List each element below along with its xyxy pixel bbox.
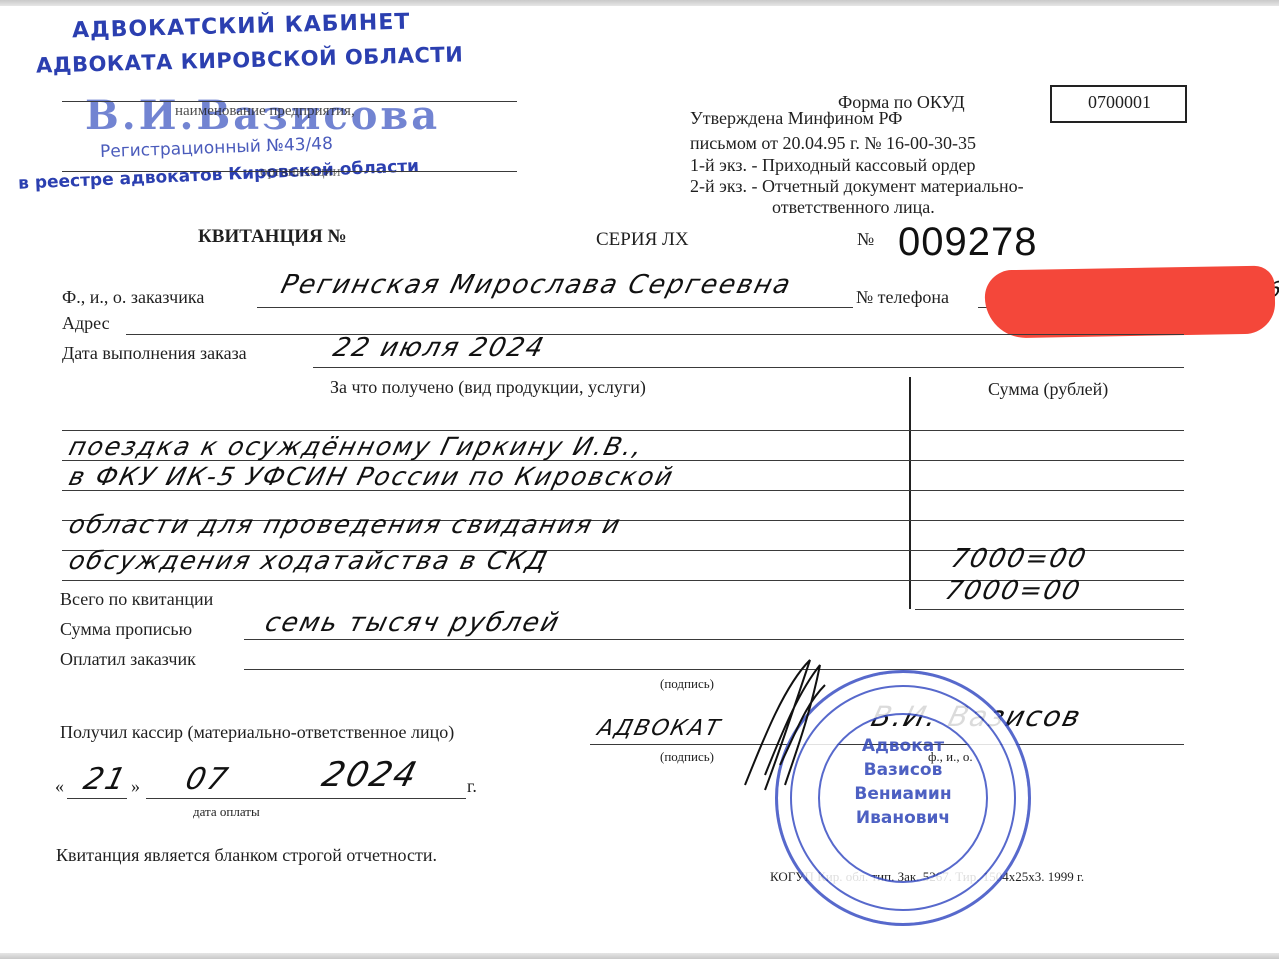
- payment-date-caption: дата оплаты: [193, 804, 260, 820]
- service-row-3: области для проведения свидания и: [66, 510, 625, 539]
- words-value: семь тысяч рублей: [262, 608, 564, 638]
- table-divider: [909, 377, 911, 609]
- letter-text: письмом от 20.04.95 г. № 16-00-30-35: [690, 133, 976, 154]
- copy2-text: 2-й экз. - Отчетный документ материально…: [690, 176, 1024, 197]
- stamp-line-1: АДВОКАТСКИЙ КАБИНЕТ: [72, 10, 411, 44]
- strict-report-note: Квитанция является бланком строгой отчет…: [56, 845, 437, 866]
- payment-month: 07: [182, 762, 233, 797]
- address-label: Адрес: [62, 313, 110, 334]
- phone-label: № телефона: [856, 287, 949, 308]
- payer-signature-caption: (подпись): [660, 676, 714, 692]
- order-date-line: [313, 367, 1184, 368]
- order-date-label: Дата выполнения заказа: [62, 343, 247, 364]
- address-line: [126, 334, 1184, 335]
- org-caption-1: наименование предприятия,: [175, 103, 355, 120]
- signature-scribble-icon: [735, 655, 855, 795]
- payment-year: 2024: [318, 755, 423, 795]
- col-sum-header: Сумма (рублей): [988, 379, 1108, 400]
- date-open-quote: «: [55, 776, 64, 797]
- okud-code: 0700001: [1088, 92, 1151, 113]
- cashier-signature-caption: (подпись): [660, 749, 714, 765]
- cashier-label: Получил кассир (материально-ответственно…: [60, 722, 454, 743]
- service-row-1: поездка к осуждённому Гиркину И.В.,: [66, 432, 647, 461]
- window-frame-top: [0, 0, 1279, 6]
- table-line-1: [62, 430, 1184, 431]
- org-name-line: [62, 101, 517, 102]
- receipt-number-label: №: [857, 229, 874, 250]
- date-close-quote: »: [131, 776, 140, 797]
- receipt-series: СЕРИЯ ЛХ: [596, 229, 689, 251]
- date-day-line: [67, 798, 127, 799]
- date-line: [146, 798, 466, 799]
- org-caption-2: организации: [260, 164, 341, 181]
- service-row-4: обсуждения ходатайства в СКД: [66, 546, 552, 575]
- payer-line: [244, 669, 1184, 670]
- receipt-number: 009278: [898, 220, 1037, 265]
- payment-year-suffix: г.: [467, 776, 477, 797]
- stamp-line-5: в реестре адвокатов Кировской области: [18, 156, 420, 193]
- customer-line: [257, 307, 853, 308]
- total-value: 7000=00: [942, 576, 1085, 606]
- sum-row-4: 7000=00: [948, 544, 1091, 574]
- payer-label: Оплатил заказчик: [60, 649, 196, 670]
- words-label: Сумма прописью: [60, 619, 192, 640]
- round-stamp-line-4: Иванович: [778, 807, 1028, 829]
- copy2-cont-text: ответственного лица.: [772, 197, 935, 218]
- service-row-2: в ФКУ ИК-5 УФСИН России по Кировской: [66, 462, 678, 491]
- col-service-header: За что получено (вид продукции, услуги): [330, 377, 646, 398]
- approved-text: Утверждена Минфином РФ: [690, 108, 902, 129]
- cashier-position: АДВОКАТ: [595, 716, 724, 741]
- customer-value: Регинская Мирослава Сергеевна: [278, 270, 795, 300]
- payment-day: 21: [80, 762, 131, 797]
- table-line-total: [915, 609, 1184, 610]
- order-date-value: 22 июля 2024: [330, 333, 548, 363]
- stamp-line-2: АДВОКАТА КИРОВСКОЙ ОБЛАСТИ: [36, 42, 464, 77]
- words-line: [244, 639, 1184, 640]
- total-label: Всего по квитанции: [60, 589, 213, 610]
- phone-redaction: [984, 265, 1275, 338]
- receipt-title: КВИТАНЦИЯ №: [198, 226, 347, 248]
- customer-label: Ф., и., о. заказчика: [62, 287, 204, 308]
- copy1-text: 1-й экз. - Приходный кассовый ордер: [690, 155, 976, 176]
- window-frame-bottom: [0, 953, 1279, 959]
